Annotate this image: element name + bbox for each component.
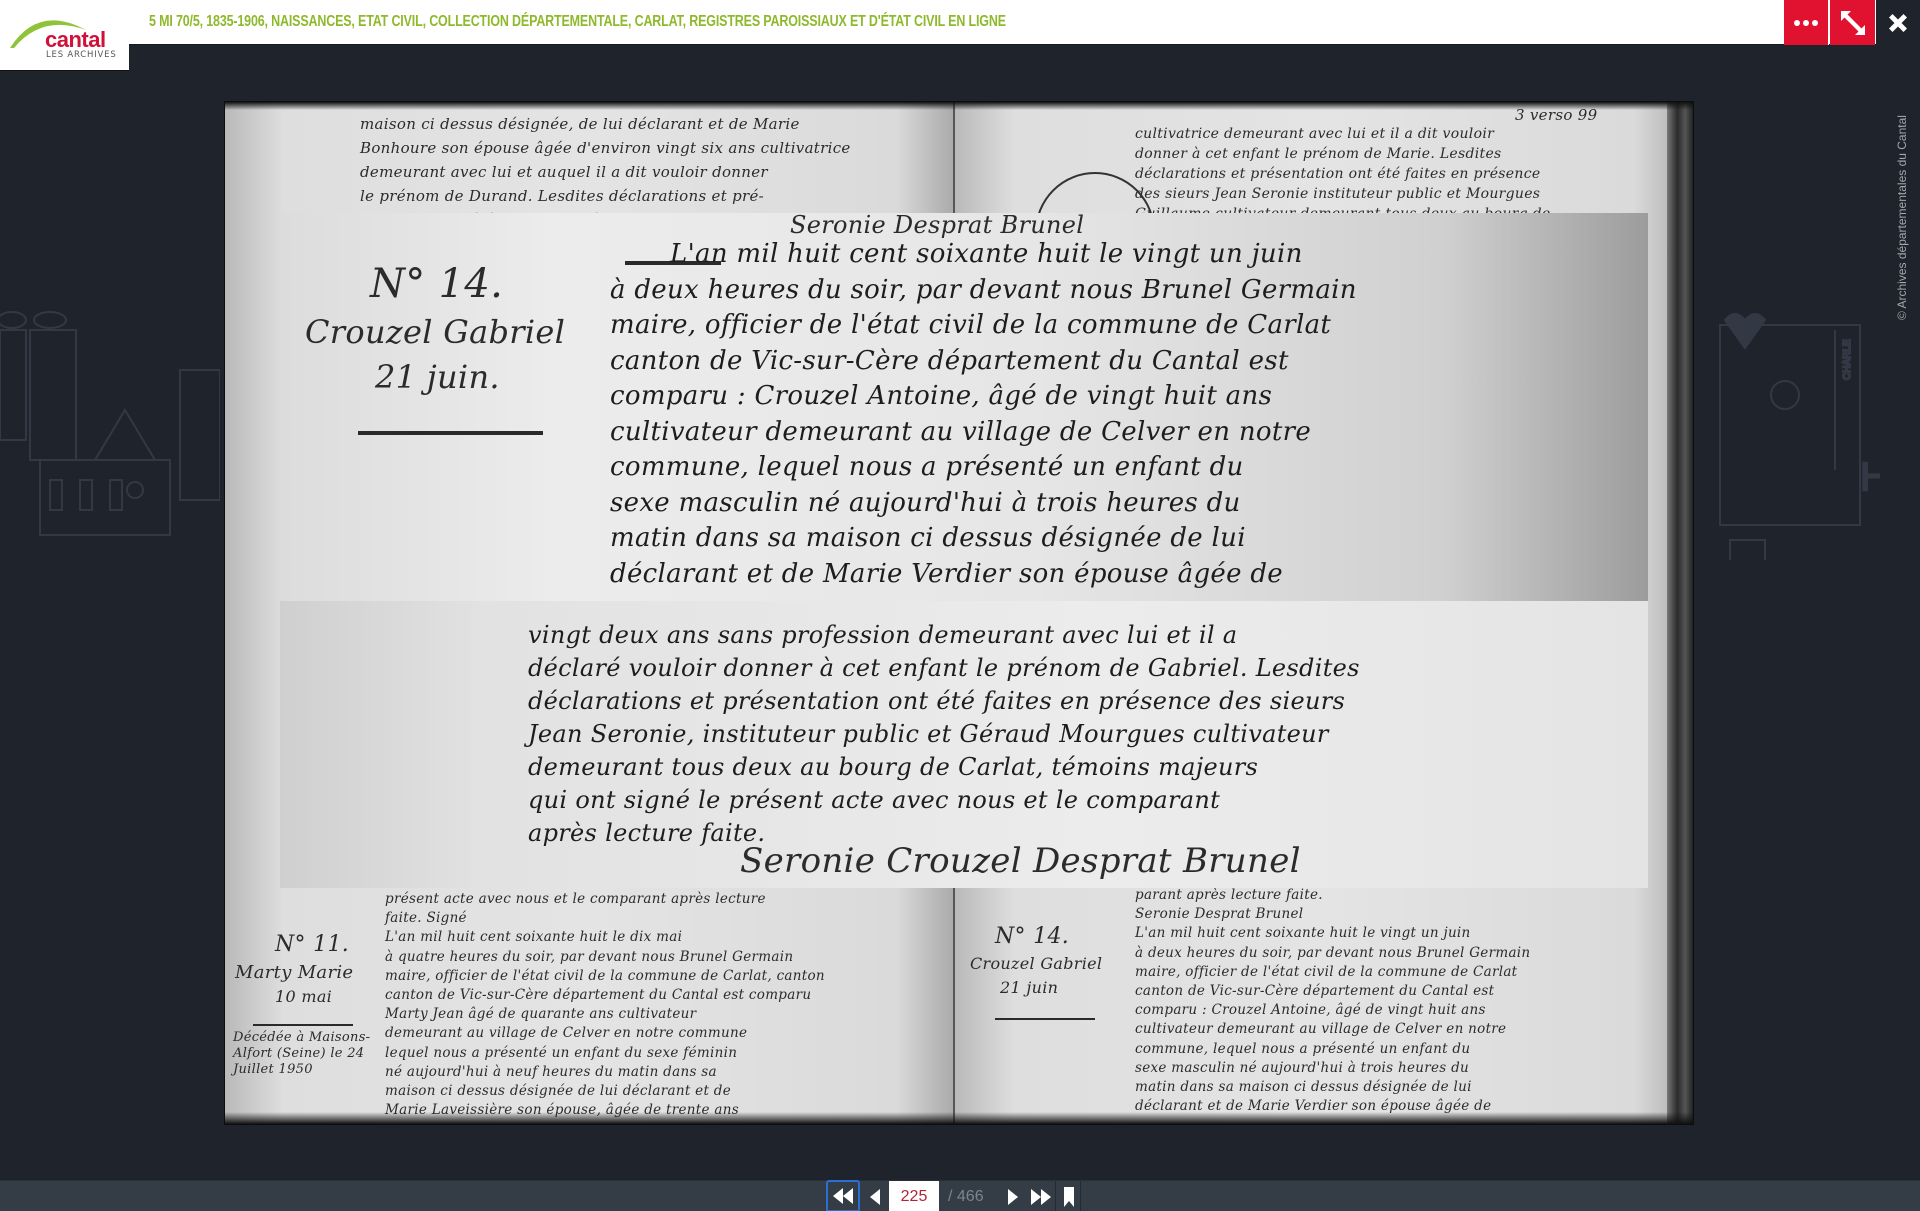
copyright-credit: © Archives départementales du Cantal bbox=[1895, 80, 1915, 320]
chevron-right-icon bbox=[1007, 1188, 1019, 1206]
previous-page-button[interactable] bbox=[861, 1181, 889, 1211]
page-navigation-bar: / 466 bbox=[0, 1180, 1920, 1211]
double-chevron-right-icon bbox=[1030, 1188, 1052, 1206]
left-entry-divider bbox=[253, 1024, 353, 1026]
inset-top-signatures: Seronie Desprat Brunel bbox=[790, 213, 1084, 239]
zoom-inset-top[interactable]: Seronie Desprat Brunel N° 14. Crouzel Ga… bbox=[280, 213, 1648, 601]
inset-entry-name: Crouzel Gabriel bbox=[305, 313, 565, 351]
left-page-bottom-text: présent acte avec nous et le comparant a… bbox=[385, 890, 825, 1120]
page-total: / 466 bbox=[948, 1188, 984, 1206]
page-number-input[interactable] bbox=[889, 1181, 939, 1211]
right-entry-name: Crouzel Gabriel bbox=[970, 954, 1102, 973]
inset-entry-number: N° 14. bbox=[370, 261, 503, 307]
copyright-text: © Archives départementales du Cantal bbox=[1895, 115, 1909, 320]
double-chevron-left-icon bbox=[832, 1187, 854, 1205]
right-page-top-text: cultivatrice demeurant avec lui et il a … bbox=[1135, 124, 1551, 224]
first-page-button[interactable] bbox=[826, 1180, 860, 1211]
inset-entry-date: 21 juin. bbox=[375, 358, 500, 396]
left-entry-date: 10 mai bbox=[275, 987, 332, 1006]
left-entry-name: Marty Marie bbox=[235, 962, 353, 983]
inset-bottom-signatures: Seronie Crouzel Desprat Brunel bbox=[740, 841, 1301, 881]
svg-text:CHARLE: CHARLE bbox=[1842, 339, 1853, 380]
svg-text:H: H bbox=[1860, 455, 1880, 499]
archive-viewer: CHARLE H 5 MI 70/5, 1835-1906, NAISSANCE… bbox=[0, 0, 1920, 1211]
inset-divider-entry bbox=[358, 431, 543, 435]
next-page-button[interactable] bbox=[1000, 1181, 1026, 1211]
chevron-left-icon bbox=[869, 1188, 881, 1206]
scan-edge-bottom bbox=[225, 1112, 1693, 1124]
left-entry-number: N° 11. bbox=[275, 932, 349, 957]
close-x-icon bbox=[1886, 11, 1910, 35]
scan-edge-right bbox=[1667, 102, 1693, 1124]
inset-bottom-body: vingt deux ans sans profession demeurant… bbox=[528, 619, 1360, 850]
fullscreen-button[interactable] bbox=[1830, 0, 1875, 45]
expand-arrows-icon bbox=[1839, 9, 1867, 37]
ellipsis-icon bbox=[1794, 20, 1818, 26]
logo-subtitle: LES ARCHIVES bbox=[46, 50, 117, 60]
right-entry-number: N° 14. bbox=[995, 924, 1069, 949]
more-options-button[interactable] bbox=[1784, 0, 1829, 45]
close-button[interactable] bbox=[1876, 0, 1920, 45]
bookmark-icon bbox=[1064, 1187, 1074, 1207]
right-entry-divider bbox=[995, 1018, 1095, 1020]
zoom-inset-bottom[interactable]: vingt deux ans sans profession demeurant… bbox=[280, 601, 1648, 888]
left-margin-note: Décédée à Maisons- Alfort (Seine) le 24 … bbox=[233, 1030, 370, 1078]
bookmark-button[interactable] bbox=[1057, 1181, 1081, 1211]
background-illustration-left-icon bbox=[0, 300, 220, 550]
right-page-bottom-text: parant après lecture faite. Seronie Desp… bbox=[1135, 886, 1530, 1116]
inset-top-body: L'an mil huit cent soixante huit le ving… bbox=[610, 237, 1357, 592]
document-title: 5 MI 70/5, 1835-1906, NAISSANCES, ETAT C… bbox=[149, 13, 1006, 31]
background-illustration-right-icon: CHARLE H bbox=[1700, 300, 1880, 560]
right-entry-date: 21 juin bbox=[1000, 978, 1058, 997]
last-page-button[interactable] bbox=[1026, 1181, 1056, 1211]
scan-edge-top bbox=[225, 102, 1693, 110]
cantal-archives-logo[interactable]: cantal LES ARCHIVES bbox=[0, 0, 129, 70]
top-bar: 5 MI 70/5, 1835-1906, NAISSANCES, ETAT C… bbox=[0, 0, 1920, 45]
